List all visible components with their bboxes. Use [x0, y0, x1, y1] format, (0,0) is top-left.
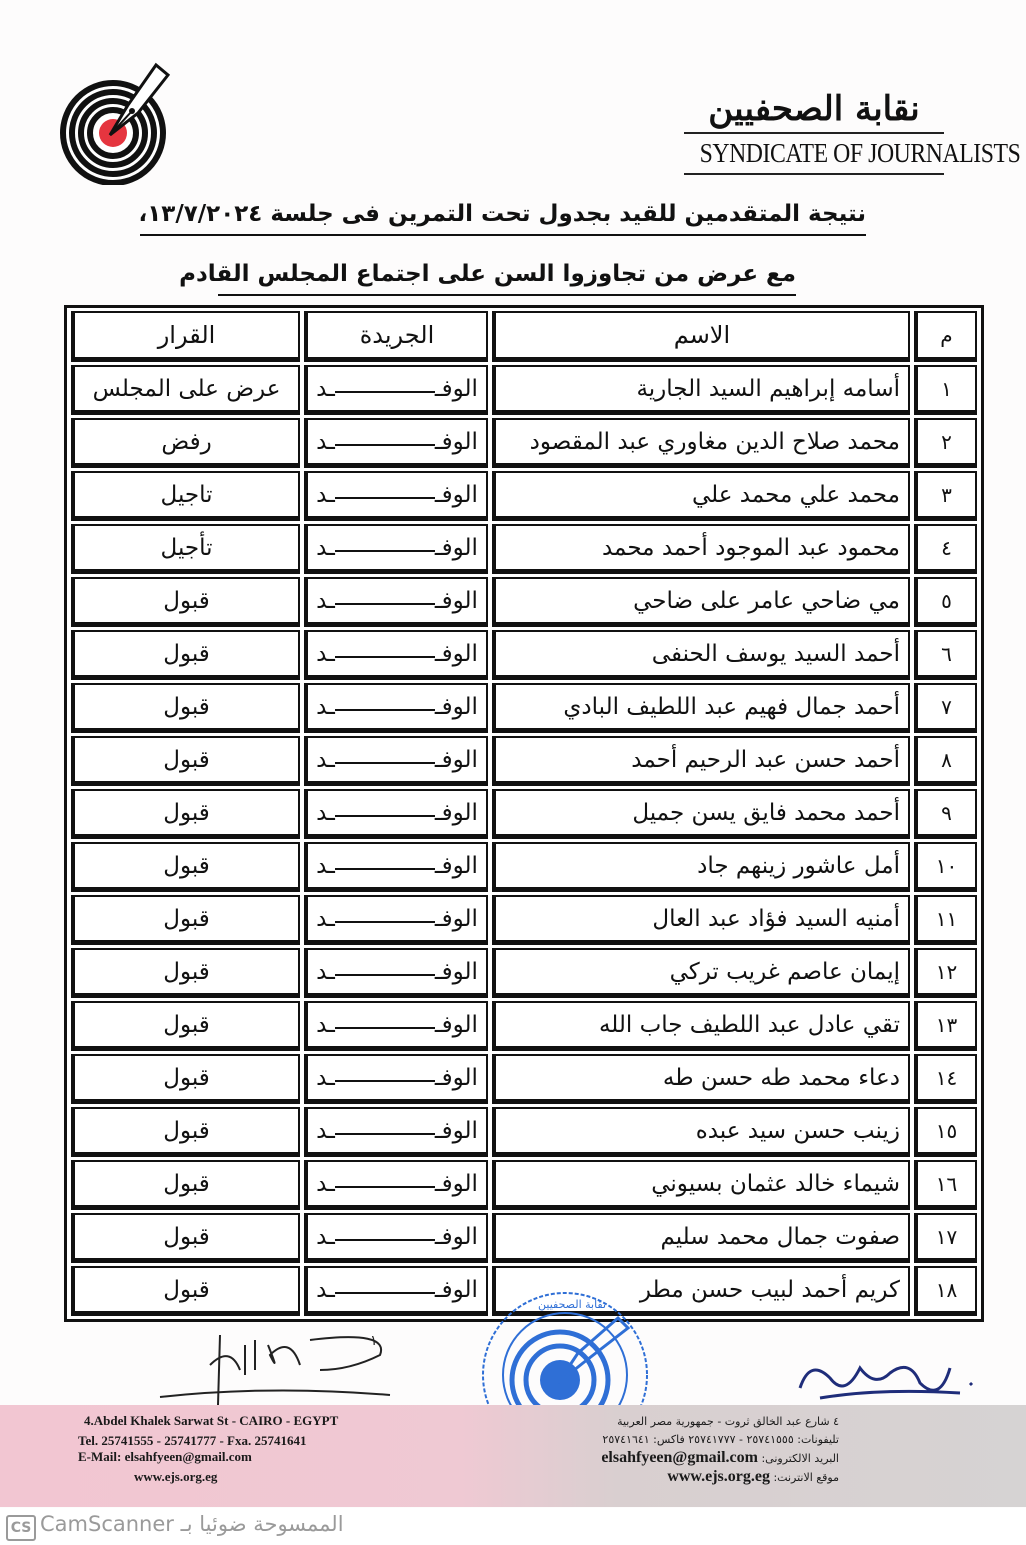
row-decision: تاجيل — [71, 471, 300, 521]
table-row: ٧أحمد جمال فهيم عبد اللطيف الباديالوفــد… — [71, 683, 977, 733]
kashida-line — [335, 603, 435, 605]
newspaper-end: ـد — [316, 641, 335, 667]
table-row: ١أسامه إبراهيم السيد الجاريةالوفــدعرض ع… — [71, 365, 977, 415]
row-decision: قبول — [71, 948, 300, 998]
row-name: أسامه إبراهيم السيد الجارية — [492, 365, 910, 415]
row-num: ١١ — [914, 895, 977, 945]
org-name-arabic: نقابة الصحفيين — [684, 88, 944, 130]
row-num: ١ — [914, 365, 977, 415]
signature-right-icon — [790, 1348, 990, 1408]
camscanner-watermark: CS CamScanner الممسوحة ضوئيا بـ — [0, 1508, 1026, 1545]
header-name: الاسم — [492, 311, 910, 362]
newspaper-end: ـد — [316, 429, 335, 455]
kashida-line — [335, 656, 435, 658]
row-newspaper: الوفــد — [304, 1266, 488, 1316]
newspaper-end: ـد — [316, 853, 335, 879]
footer-english: 4.Abdel Khalek Sarwat St - CAIRO - EGYPT… — [78, 1411, 338, 1487]
newspaper-start: الوفـ — [435, 800, 478, 826]
divider — [684, 173, 944, 175]
pen-target-logo-icon — [58, 55, 173, 185]
kashida-line — [335, 497, 435, 499]
document-title: نتيجة المتقدمين للقيد بجدول تحت التمرين … — [140, 196, 866, 236]
row-decision: قبول — [71, 683, 300, 733]
row-newspaper: الوفــد — [304, 1054, 488, 1104]
row-decision: قبول — [71, 736, 300, 786]
results-table: م الاسم الجريدة القرار ١أسامه إبراهيم ال… — [64, 305, 984, 1322]
row-decision: تأجيل — [71, 524, 300, 574]
newspaper-end: ـد — [316, 694, 335, 720]
newspaper-end: ـد — [316, 588, 335, 614]
row-decision: رفض — [71, 418, 300, 468]
row-num: ١٠ — [914, 842, 977, 892]
newspaper-start: الوفـ — [435, 1277, 478, 1303]
row-decision: قبول — [71, 789, 300, 839]
row-decision: عرض على المجلس — [71, 365, 300, 415]
row-name: أحمد السيد يوسف الحنفى — [492, 630, 910, 680]
table-row: ١٥زينب حسن سيد عبدهالوفــدقبول — [71, 1107, 977, 1157]
table-row: ٩أحمد محمد فايق يسن جميلالوفــدقبول — [71, 789, 977, 839]
kashida-line — [335, 974, 435, 976]
row-newspaper: الوفــد — [304, 895, 488, 945]
row-newspaper: الوفــد — [304, 630, 488, 680]
row-newspaper: الوفــد — [304, 736, 488, 786]
table-row: ١٠أمل عاشور زينهم جادالوفــدقبول — [71, 842, 977, 892]
kashida-line — [335, 1292, 435, 1294]
newspaper-start: الوفـ — [435, 641, 478, 667]
newspaper-start: الوفـ — [435, 588, 478, 614]
newspaper-end: ـد — [316, 906, 335, 932]
svg-text:نقابة الصحفيين: نقابة الصحفيين — [538, 1298, 606, 1311]
newspaper-start: الوفـ — [435, 429, 478, 455]
row-name: إيمان عاصم غريب تركي — [492, 948, 910, 998]
row-newspaper: الوفــد — [304, 577, 488, 627]
row-num: ١٣ — [914, 1001, 977, 1051]
svg-text:١: ١ — [370, 1333, 378, 1349]
row-num: ١٦ — [914, 1160, 977, 1210]
org-header: نقابة الصحفيين SYNDICATE OF JOURNALISTS — [684, 88, 944, 175]
row-decision: قبول — [71, 1001, 300, 1051]
row-newspaper: الوفــد — [304, 789, 488, 839]
row-decision: قبول — [71, 1107, 300, 1157]
row-name: أحمد جمال فهيم عبد اللطيف البادي — [492, 683, 910, 733]
row-decision: قبول — [71, 895, 300, 945]
newspaper-end: ـد — [316, 747, 335, 773]
newspaper-start: الوفـ — [435, 535, 478, 561]
document-page: نقابة الصحفيين SYNDICATE OF JOURNALISTS … — [0, 0, 1026, 1510]
row-name: دعاء محمد طه حسن طه — [492, 1054, 910, 1104]
footer-ar-phones: تليفونات: ٢٥٧٤١٥٥٥ - ٢٥٧٤١٧٧٧ فاكس: ٢٥٧٤… — [601, 1431, 839, 1449]
kashida-line — [335, 444, 435, 446]
row-newspaper: الوفــد — [304, 948, 488, 998]
table-header-row: م الاسم الجريدة القرار — [71, 311, 977, 362]
kashida-line — [335, 391, 435, 393]
row-num: ١٨ — [914, 1266, 977, 1316]
footer-ar-address: ٤ شارع عبد الخالق ثروت - جمهورية مصر الع… — [601, 1413, 839, 1431]
kashida-line — [335, 1133, 435, 1135]
row-num: ٦ — [914, 630, 977, 680]
header-decision: القرار — [71, 311, 300, 362]
kashida-line — [335, 868, 435, 870]
row-name: تقي عادل عبد اللطيف جاب الله — [492, 1001, 910, 1051]
newspaper-end: ـد — [316, 800, 335, 826]
table-row: ٢محمد صلاح الدين مغاوري عبد المقصودالوفـ… — [71, 418, 977, 468]
row-num: ٩ — [914, 789, 977, 839]
row-newspaper: الوفــد — [304, 1107, 488, 1157]
row-name: أمل عاشور زينهم جاد — [492, 842, 910, 892]
newspaper-start: الوفـ — [435, 1012, 478, 1038]
newspaper-start: الوفـ — [435, 482, 478, 508]
newspaper-end: ـد — [316, 376, 335, 402]
newspaper-end: ـد — [316, 482, 335, 508]
table-row: ١٦شيماء خالد عثمان بسيونيالوفــدقبول — [71, 1160, 977, 1210]
newspaper-start: الوفـ — [435, 1224, 478, 1250]
newspaper-end: ـد — [316, 959, 335, 985]
table-row: ١١أمنيه السيد فؤاد عبد العالالوفــدقبول — [71, 895, 977, 945]
table-row: ٥مي ضاحي عامر على ضاحيالوفــدقبول — [71, 577, 977, 627]
row-decision: قبول — [71, 1160, 300, 1210]
footer-website: www.ejs.org.eg — [78, 1467, 338, 1487]
divider — [684, 132, 944, 134]
row-name: زينب حسن سيد عبده — [492, 1107, 910, 1157]
newspaper-end: ـد — [316, 1065, 335, 1091]
footer-ar-web-label: موقع الانترنت: — [773, 1471, 839, 1484]
signature-left-icon: ١ — [150, 1325, 400, 1415]
row-name: مي ضاحي عامر على ضاحي — [492, 577, 910, 627]
header-num: م — [914, 311, 977, 362]
footer-ar-email-label: البريد الالكترونى: — [761, 1452, 839, 1465]
table-row: ٣محمد علي محمد عليالوفــدتاجيل — [71, 471, 977, 521]
newspaper-end: ـد — [316, 1012, 335, 1038]
newspaper-start: الوفـ — [435, 853, 478, 879]
document-subtitle: مع عرض من تجاوزوا السن على اجتماع المجلس… — [218, 256, 796, 296]
table-row: ١٢إيمان عاصم غريب تركيالوفــدقبول — [71, 948, 977, 998]
camscanner-text: CamScanner الممسوحة ضوئيا بـ — [40, 1512, 344, 1536]
row-newspaper: الوفــد — [304, 842, 488, 892]
row-newspaper: الوفــد — [304, 471, 488, 521]
row-decision: قبول — [71, 577, 300, 627]
newspaper-start: الوفـ — [435, 1118, 478, 1144]
newspaper-end: ـد — [316, 1171, 335, 1197]
table-row: ١٧صفوت جمال محمد سليمالوفــدقبول — [71, 1213, 977, 1263]
row-name: محمد صلاح الدين مغاوري عبد المقصود — [492, 418, 910, 468]
row-newspaper: الوفــد — [304, 1213, 488, 1263]
footer-ar-website: www.ejs.org.eg — [667, 1468, 770, 1485]
row-name: محمد علي محمد علي — [492, 471, 910, 521]
newspaper-end: ـد — [316, 1277, 335, 1303]
header-newspaper: الجريدة — [304, 311, 488, 362]
newspaper-end: ـد — [316, 1224, 335, 1250]
row-name: شيماء خالد عثمان بسيوني — [492, 1160, 910, 1210]
row-num: ٧ — [914, 683, 977, 733]
row-decision: قبول — [71, 1054, 300, 1104]
row-decision: قبول — [71, 1266, 300, 1316]
footer-arabic: ٤ شارع عبد الخالق ثروت - جمهورية مصر الع… — [601, 1413, 839, 1487]
footer-ar-email: elsahfyeen@gmail.com — [601, 1449, 758, 1466]
newspaper-start: الوفـ — [435, 959, 478, 985]
kashida-line — [335, 1186, 435, 1188]
row-newspaper: الوفــد — [304, 418, 488, 468]
row-num: ١٧ — [914, 1213, 977, 1263]
row-num: ١٢ — [914, 948, 977, 998]
newspaper-end: ـد — [316, 535, 335, 561]
row-num: ٤ — [914, 524, 977, 574]
newspaper-end: ـد — [316, 1118, 335, 1144]
newspaper-start: الوفـ — [435, 906, 478, 932]
newspaper-start: الوفـ — [435, 1171, 478, 1197]
kashida-line — [335, 1239, 435, 1241]
row-name: أحمد حسن عبد الرحيم أحمد — [492, 736, 910, 786]
kashida-line — [335, 1027, 435, 1029]
row-decision: قبول — [71, 630, 300, 680]
org-name-english: SYNDICATE OF JOURNALISTS — [700, 138, 929, 168]
camscanner-logo-icon: CS — [6, 1515, 36, 1541]
row-decision: قبول — [71, 1213, 300, 1263]
table-row: ١٤دعاء محمد طه حسن طهالوفــدقبول — [71, 1054, 977, 1104]
row-newspaper: الوفــد — [304, 365, 488, 415]
row-num: ٨ — [914, 736, 977, 786]
row-num: ٥ — [914, 577, 977, 627]
table-row: ٨أحمد حسن عبد الرحيم أحمدالوفــدقبول — [71, 736, 977, 786]
newspaper-start: الوفـ — [435, 747, 478, 773]
newspaper-start: الوفـ — [435, 376, 478, 402]
kashida-line — [335, 815, 435, 817]
row-newspaper: الوفــد — [304, 683, 488, 733]
row-name: أحمد محمد فايق يسن جميل — [492, 789, 910, 839]
row-name: محمود عبد الموجود أحمد محمد — [492, 524, 910, 574]
row-newspaper: الوفــد — [304, 524, 488, 574]
kashida-line — [335, 762, 435, 764]
row-newspaper: الوفــد — [304, 1001, 488, 1051]
letterhead-footer: 4.Abdel Khalek Sarwat St - CAIRO - EGYPT… — [0, 1405, 1026, 1507]
footer-address: 4.Abdel Khalek Sarwat St - CAIRO - EGYPT — [78, 1411, 338, 1431]
kashida-line — [335, 709, 435, 711]
row-num: ٣ — [914, 471, 977, 521]
newspaper-start: الوفـ — [435, 1065, 478, 1091]
kashida-line — [335, 1080, 435, 1082]
kashida-line — [335, 921, 435, 923]
table-row: ١٣تقي عادل عبد اللطيف جاب اللهالوفــدقبو… — [71, 1001, 977, 1051]
row-newspaper: الوفــد — [304, 1160, 488, 1210]
kashida-line — [335, 550, 435, 552]
row-num: ١٥ — [914, 1107, 977, 1157]
row-name: أمنيه السيد فؤاد عبد العال — [492, 895, 910, 945]
row-num: ٢ — [914, 418, 977, 468]
row-name: صفوت جمال محمد سليم — [492, 1213, 910, 1263]
table-row: ٦أحمد السيد يوسف الحنفىالوفــدقبول — [71, 630, 977, 680]
table-row: ٤محمود عبد الموجود أحمد محمدالوفــدتأجيل — [71, 524, 977, 574]
row-num: ١٤ — [914, 1054, 977, 1104]
row-decision: قبول — [71, 842, 300, 892]
newspaper-start: الوفـ — [435, 694, 478, 720]
